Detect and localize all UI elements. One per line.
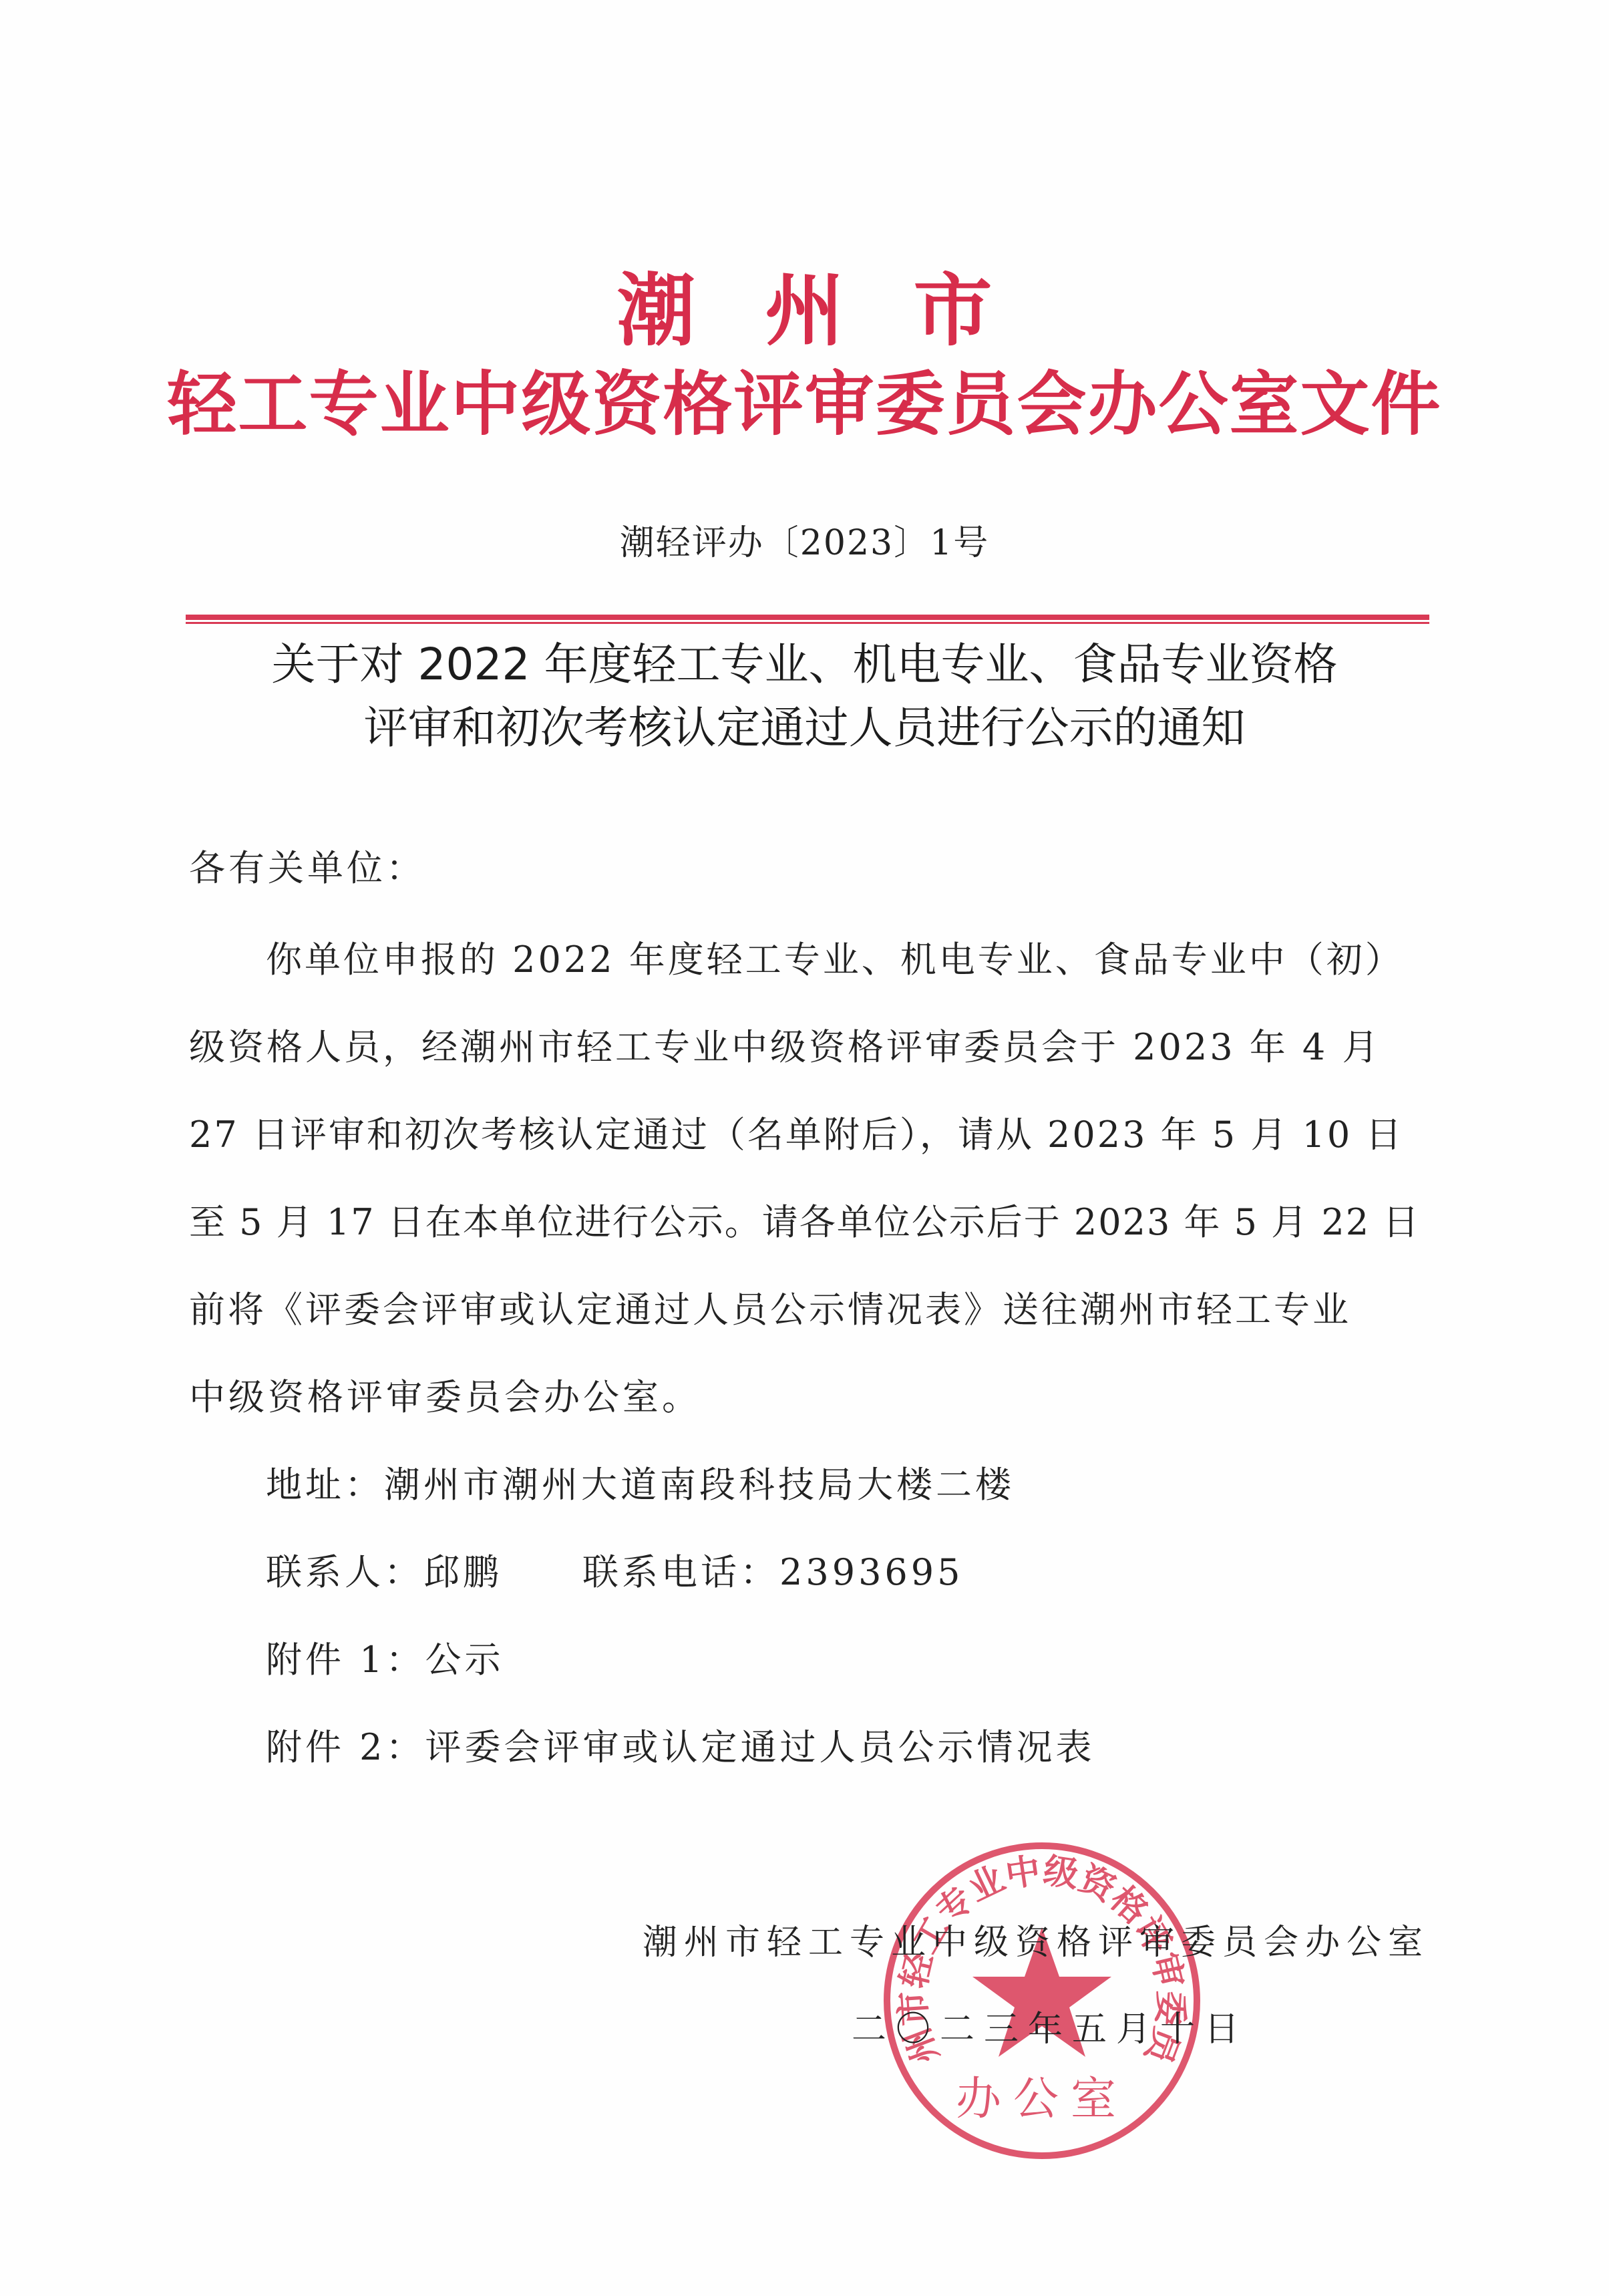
- salutation: 各有关单位：: [189, 845, 425, 892]
- red-divider-thin: [186, 622, 1429, 624]
- contact-phone-number: 2393695: [779, 1551, 964, 1593]
- attachment-2: 附件 2：评委会评审或认定通过人员公示情况表: [266, 1724, 1095, 1771]
- issuer-signature: 潮州市轻工专业中级资格评审委员会办公室: [643, 1914, 1429, 1964]
- body-line: 至 5 月 17 日在本单位进行公示。请各单位公示后于 2023 年 5 月 2…: [189, 1199, 1420, 1246]
- body-line: 前将《评委会评审或认定通过人员公示情况表》送往潮州市轻工专业: [189, 1287, 1351, 1333]
- red-divider-thick: [186, 615, 1429, 620]
- contact-person-name: 邱鹏: [423, 1551, 502, 1593]
- seal-bottom-text: 办公室: [956, 2073, 1128, 2126]
- attachment-1: 附件 1：公示: [266, 1637, 504, 1683]
- body-line: 27 日评审和初次考核认定通过（名单附后），请从 2023 年 5 月 10 日: [189, 1112, 1403, 1158]
- header-office-file: 轻工专业中级资格评审委员会办公室文件: [0, 361, 1609, 448]
- contact-person-row: 联系人：邱鹏联系电话：2393695: [266, 1549, 964, 1596]
- body-line: 中级资格评审委员会办公室。: [189, 1374, 701, 1421]
- contact-address: 地址：潮州市潮州大道南段科技局大楼二楼: [266, 1462, 1015, 1508]
- header-city: 潮州市: [0, 264, 1609, 357]
- issue-date: 二〇二三年五月十日: [852, 2001, 1248, 2051]
- notice-title-line-2: 评审和初次考核认定通过人员进行公示的通知: [0, 698, 1609, 758]
- document-page: 潮州市 轻工专业中级资格评审委员会办公室文件 潮轻评办〔2023〕1号 关于对 …: [0, 0, 1609, 2296]
- notice-title-line-1: 关于对 2022 年度轻工专业、机电专业、食品专业资格: [0, 635, 1609, 695]
- body-line: 你单位申报的 2022 年度轻工专业、机电专业、食品专业中（初）: [266, 937, 1404, 983]
- contact-phone-label: 联系电话：: [582, 1551, 779, 1593]
- body-line: 级资格人员，经潮州市轻工专业中级资格评审委员会于 2023 年 4 月: [189, 1024, 1381, 1071]
- document-number: 潮轻评办〔2023〕1号: [0, 514, 1609, 564]
- contact-person-label: 联系人：: [266, 1551, 423, 1593]
